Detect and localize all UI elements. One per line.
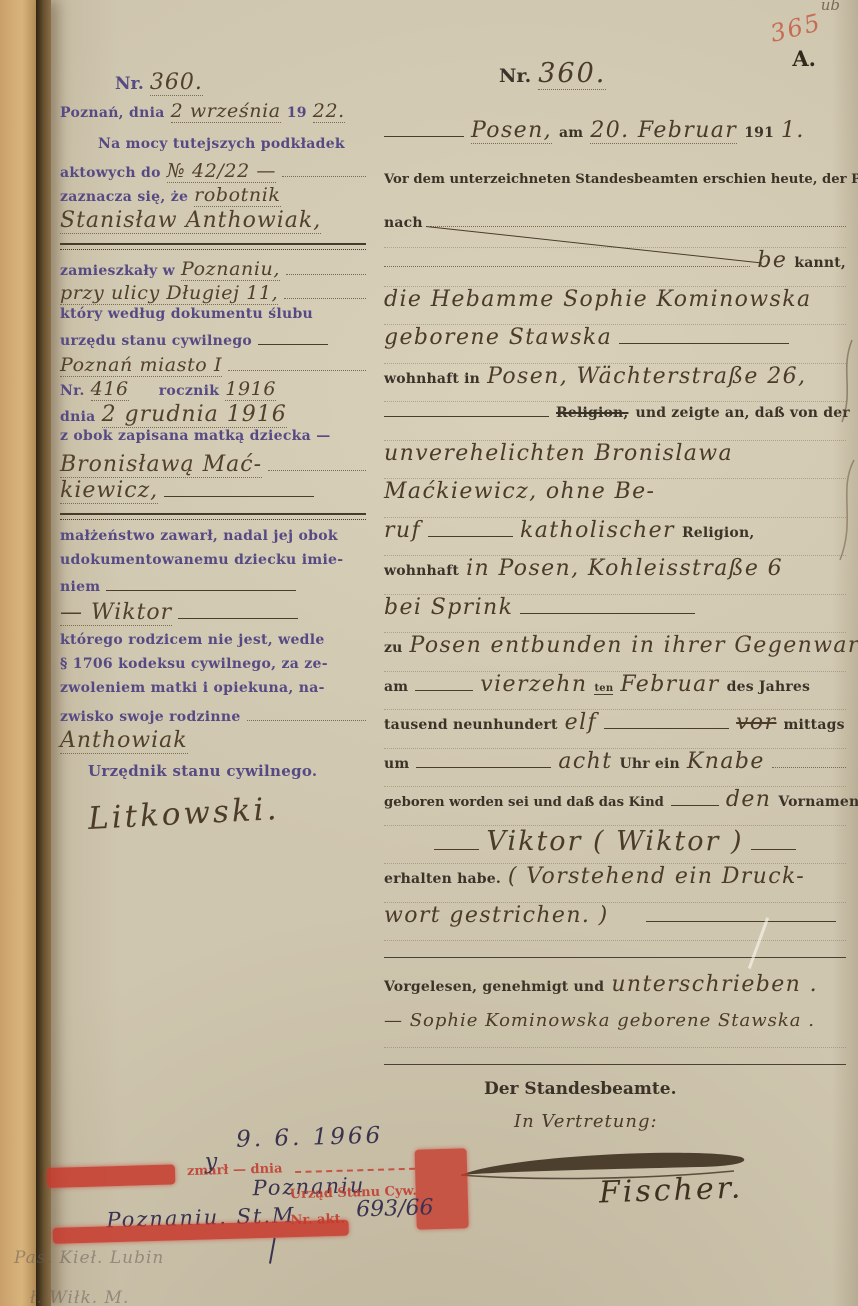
registrar-signature: Fischer. [598,1170,743,1210]
fill-line [772,751,846,768]
line12-text: z obok zapisana matką dziecka — [60,428,331,444]
registrar-signature-left: Litkowski. [87,791,280,837]
polish-line18: — Wiktor [60,600,366,626]
uhr-label: Uhr ein [619,756,679,772]
child-name-value: — Wiktor [60,600,172,626]
mother-name-value: Bronisławą Mać- [60,452,262,478]
line5-value: ruf [384,518,421,543]
polish-line4: Stanisław Anthowiak, [60,208,366,234]
zu-line: zu Posen entbunden in ihrer Gegenwart [384,633,846,672]
dash-fill [428,521,513,536]
fill-line [247,704,366,721]
polish-line2: aktowych do № 42/22 — [60,160,366,184]
german-form-column: Nr. 360. Posen, am 20. Februar 191 1. Vo… [384,58,846,1208]
line7-value: Posen entbunden in ihrer Gegenwart [410,633,858,658]
fill-line [284,282,366,299]
erhalten-line: erhalten habe. ( Vorstehend ein Druck- [384,864,846,903]
line17-label: niem [60,579,100,595]
standesbeamte-label: Der Standesbeamte. [484,1079,677,1099]
line2-value: geborene Stawska [384,325,612,350]
polish-line3: zaznacza się, że robotnik [60,184,366,208]
document-page: ub 365 A. Nr. 360. Poznań, dnia 2 wrześn… [0,0,858,1306]
line4-value: Maćkiewicz, ohne Be- [384,479,655,504]
child-name-line: Viktor ( Wiktor ) [384,826,846,865]
addr2-value: in Posen, Kohleisstraße 6 [466,556,783,581]
month-value: Februar [620,672,719,697]
dash-fill [384,402,549,417]
polish-line10: Nr. 416 rocznik 1916 [60,378,366,402]
father-name-value: Stanisław Anthowiak, [60,208,321,234]
vertretung-value: In Vertretung: [514,1111,658,1132]
line10a-label: Nr. [60,383,85,399]
dash-fill [416,752,551,767]
standesbeamte-line: Der Standesbeamte. [484,1079,846,1111]
city-label: Poznań, dnia [60,105,165,121]
line10a-value: 416 [91,378,129,401]
hour-line: um acht Uhr ein Knabe [384,749,846,788]
note2-value: wort gestrichen. ) [384,903,609,928]
surname-value: Anthowiak [60,728,188,754]
polish-date-line: Poznań, dnia 2 września 19 22. [60,100,366,124]
line15-text: małżeństwo zawarł, nadal jej obok [60,528,338,544]
dash-fill [646,906,836,921]
fill-line [384,250,750,267]
mother-line1: unverehelichten Bronislawa [384,441,846,480]
vertretung-line: In Vertretung: [514,1111,846,1141]
um-label: um [384,756,409,772]
polish-line11: dnia 2 grudnia 1916 [60,402,366,428]
polish-line5: zamieszkały w Poznaniu, [60,258,366,282]
line5-value: Poznaniu, [181,258,280,281]
divider-rule [60,243,366,250]
tausend-label: tausend neunhundert [384,717,558,733]
date-value: 2 września [171,100,281,123]
nr-value: 360. [150,70,203,96]
official-title: Urzędnik stanu cywilnego. [88,762,317,780]
polish-line9: Poznań miasto I [60,354,366,378]
date-value: 20. Februar [590,118,737,144]
line11-value: 2 grudnia 1916 [102,402,287,428]
addr1-value: Posen, Wächterstraße 26, [487,364,806,389]
religion-line: Religion, und zeigte an, daß von der [384,402,846,441]
polish-line13: Bronisławą Mać- [60,452,366,478]
den-value: den [726,787,771,812]
nr-label: Nr. [115,74,144,94]
line10b-label: rocznik [159,383,220,399]
dash-fill [604,714,729,729]
stamp-bar [53,1220,349,1244]
jahres-label: des Jahres [727,679,811,695]
polish-line17: niem [60,576,366,600]
margin-ink-marks [828,330,858,570]
polish-line6: przy ulicy Długiej 11, [60,282,366,306]
line21-text: zwoleniem matki i opiekuna, na- [60,680,325,696]
address2-line: wohnhaft in Posen, Kohleisstraße 6 [384,556,846,595]
name-value: Viktor ( Wiktor ) [486,826,743,857]
dash-fill [164,482,314,497]
year-line: tausend neunhundert elf vor mittags [384,710,846,749]
beruf-line: ruf katholischer Religion, [384,518,846,557]
declarant-signature-line: — Sophie Kominowska geborene Stawska . [384,1010,846,1049]
dash-fill [434,834,479,849]
polish-line12: z obok zapisana matką dziecka — [60,428,366,452]
fill-line [268,454,366,471]
divider-rule [60,513,366,520]
religion1-label: Religion, [556,405,628,421]
polish-nr-line: Nr. 360. [115,70,366,96]
city-value: Posen, [471,118,552,144]
dash-fill [178,604,298,619]
unterschrieben-value: unterschrieben . [611,972,818,997]
dash-fill [751,834,796,849]
pencil-note-2: ł. Wiłk. M. [30,1288,129,1306]
corner-crop-mark: ub [821,0,840,14]
polish-line8: urzędu stanu cywilnego [60,330,366,354]
bekannt-line: be kannt, [384,248,846,287]
polish-line19: którego rodzicem nie jest, wedle [60,632,366,656]
polish-line7: który według dokumentu ślubu [60,306,366,330]
stamp-hand-date: 9. 6. 1966 [236,1123,384,1153]
fill-line [286,258,366,275]
stamp-hand-nr-value: 693/66 [356,1195,434,1222]
section-rule [384,957,846,958]
mother-name-value-2: kiewicz, [60,478,158,504]
year-value: 1. [781,118,805,143]
stamp-hand-y: y [204,1149,217,1174]
geboren-line: geboren worden sei und daß das Kind den … [384,787,846,826]
declarant-line1: die Hebamme Sophie Kominowska [384,287,846,326]
dash-fill [106,576,296,591]
german-date-line: Posen, am 20. Februar 191 1. [384,118,846,164]
fill-line [282,160,366,177]
polish-line22: zwisko swoje rodzinne [60,704,366,728]
official-title-line: Urzędnik stanu cywilnego. [88,762,366,786]
fill-line [228,354,366,371]
mittags-label: mittags [783,717,844,733]
line20-text: § 1706 kodeksu cywilnego, za ze- [60,656,328,672]
nach-label: nach [384,215,423,231]
line9-value: Poznań miasto I [60,354,222,377]
line5-label: zamieszkały w [60,263,175,279]
vorgelesen-line: Vorgelesen, genehmigt und unterschrieben… [384,972,846,1010]
year-printed: 19 [287,105,307,121]
elf-value: elf [565,710,597,735]
line22-text: zwisko swoje rodzinne [60,709,241,725]
polish-line16: udokumentowanemu dziecku imie- [60,552,366,576]
zeigte-label: und zeigte an, daß von der [635,405,849,421]
section-rule [384,1064,846,1065]
am2-label: am [384,679,408,695]
book-edge [0,0,36,1306]
polish-line20: § 1706 kodeksu cywilnego, za ze- [60,656,366,680]
page-number-pencil: 365 [768,8,825,48]
vornamen-label: Vornamen [778,794,858,810]
note2-line: wort gestrichen. ) [384,903,846,942]
knabe-value: Knabe [687,749,765,774]
year-value: 22. [313,100,345,123]
nach-line: nach [384,210,846,249]
dash-fill [619,329,789,344]
line5b-value: katholischer [520,518,675,543]
kannt-label: kannt, [794,255,846,271]
fill-line [430,210,846,227]
stamp-blob [47,1164,176,1188]
line3-value: unverehelichten Bronislawa [384,441,733,466]
line8-text: urzędu stanu cywilnego [60,333,252,349]
vor-value: vor [736,710,776,735]
declarant-line2: geborene Stawska [384,325,846,364]
be-value: be [757,248,787,273]
german-nr-line: Nr. 360. [499,58,846,104]
day-line: am vierzehnten Februar des Jahres [384,672,846,711]
note1-value: ( Vorstehend ein Druck- [508,864,805,889]
line10b-value: 1916 [225,378,276,401]
polish-line15: małżeństwo zawarł, nadal jej obok [60,528,366,552]
line19-text: którego rodzicem nie jest, wedle [60,632,325,648]
religion2-label: Religion, [682,525,754,541]
polish-line1: Na mocy tutejszych podkładek [60,136,366,160]
dash-fill [520,598,695,613]
intro-line: Vor dem unterzeichneten Standesbeamten e… [384,172,846,210]
line3-label: zaznacza się, że [60,189,188,205]
nr-label: Nr. [499,65,531,87]
vorgelesen-label: Vorgelesen, genehmigt und [384,979,604,995]
stamp-hand-slash [269,1238,276,1264]
wohnhaft2-label: wohnhaft [384,563,459,579]
nr-value: 360. [538,58,606,90]
stamp-dotted-line [295,1168,415,1173]
dash-fill [415,675,473,690]
line1-value: die Hebamme Sophie Kominowska [384,287,811,312]
line1-text: Na mocy tutejszych podkładek [60,136,345,152]
wohnhaft1-label: wohnhaft in [384,371,480,387]
ten-label: ten [594,683,613,695]
polish-line23: Anthowiak [60,728,366,754]
intro-text: Vor dem unterzeichneten Standesbeamten e… [384,172,858,187]
year-printed: 191 [744,125,774,141]
polish-line21: zwoleniem matki i opiekuna, na- [60,680,366,704]
polish-line14: kiewicz, [60,478,366,504]
line6-value: przy ulicy Długiej 11, [60,282,278,305]
line7-text: który według dokumentu ślubu [60,306,313,322]
line3-value: robotnik [194,184,280,207]
line2-label: aktowych do [60,165,161,181]
dash-fill [671,791,719,806]
line16-text: udokumentowanemu dziecku imie- [60,552,343,568]
line11-label: dnia [60,409,96,425]
hour-value: acht [558,749,612,774]
address1-line: wohnhaft in Posen, Wächterstraße 26, [384,364,846,403]
dash-fill [384,122,464,137]
erhalten-label: erhalten habe. [384,871,501,887]
line2-value: № 42/22 — [167,160,276,183]
geboren-label: geboren worden sei und daß das Kind [384,795,664,810]
dash-fill [258,330,328,345]
day-value: vierzehn [480,672,587,697]
polish-annotation-column: Nr. 360. Poznań, dnia 2 września 19 22. … [60,70,366,832]
am-label: am [559,125,583,141]
zu-label: zu [384,640,403,656]
mother-line2: Maćkiewicz, ohne Be- [384,479,846,518]
pencil-note-1: Pas. Kieł. Lubin [14,1248,164,1268]
declarant-signature: — Sophie Kominowska geborene Stawska . [384,1010,815,1031]
line6-value: bei Sprink [384,595,513,620]
bei-line: bei Sprink [384,595,846,634]
gutter-shadow [36,0,51,1306]
